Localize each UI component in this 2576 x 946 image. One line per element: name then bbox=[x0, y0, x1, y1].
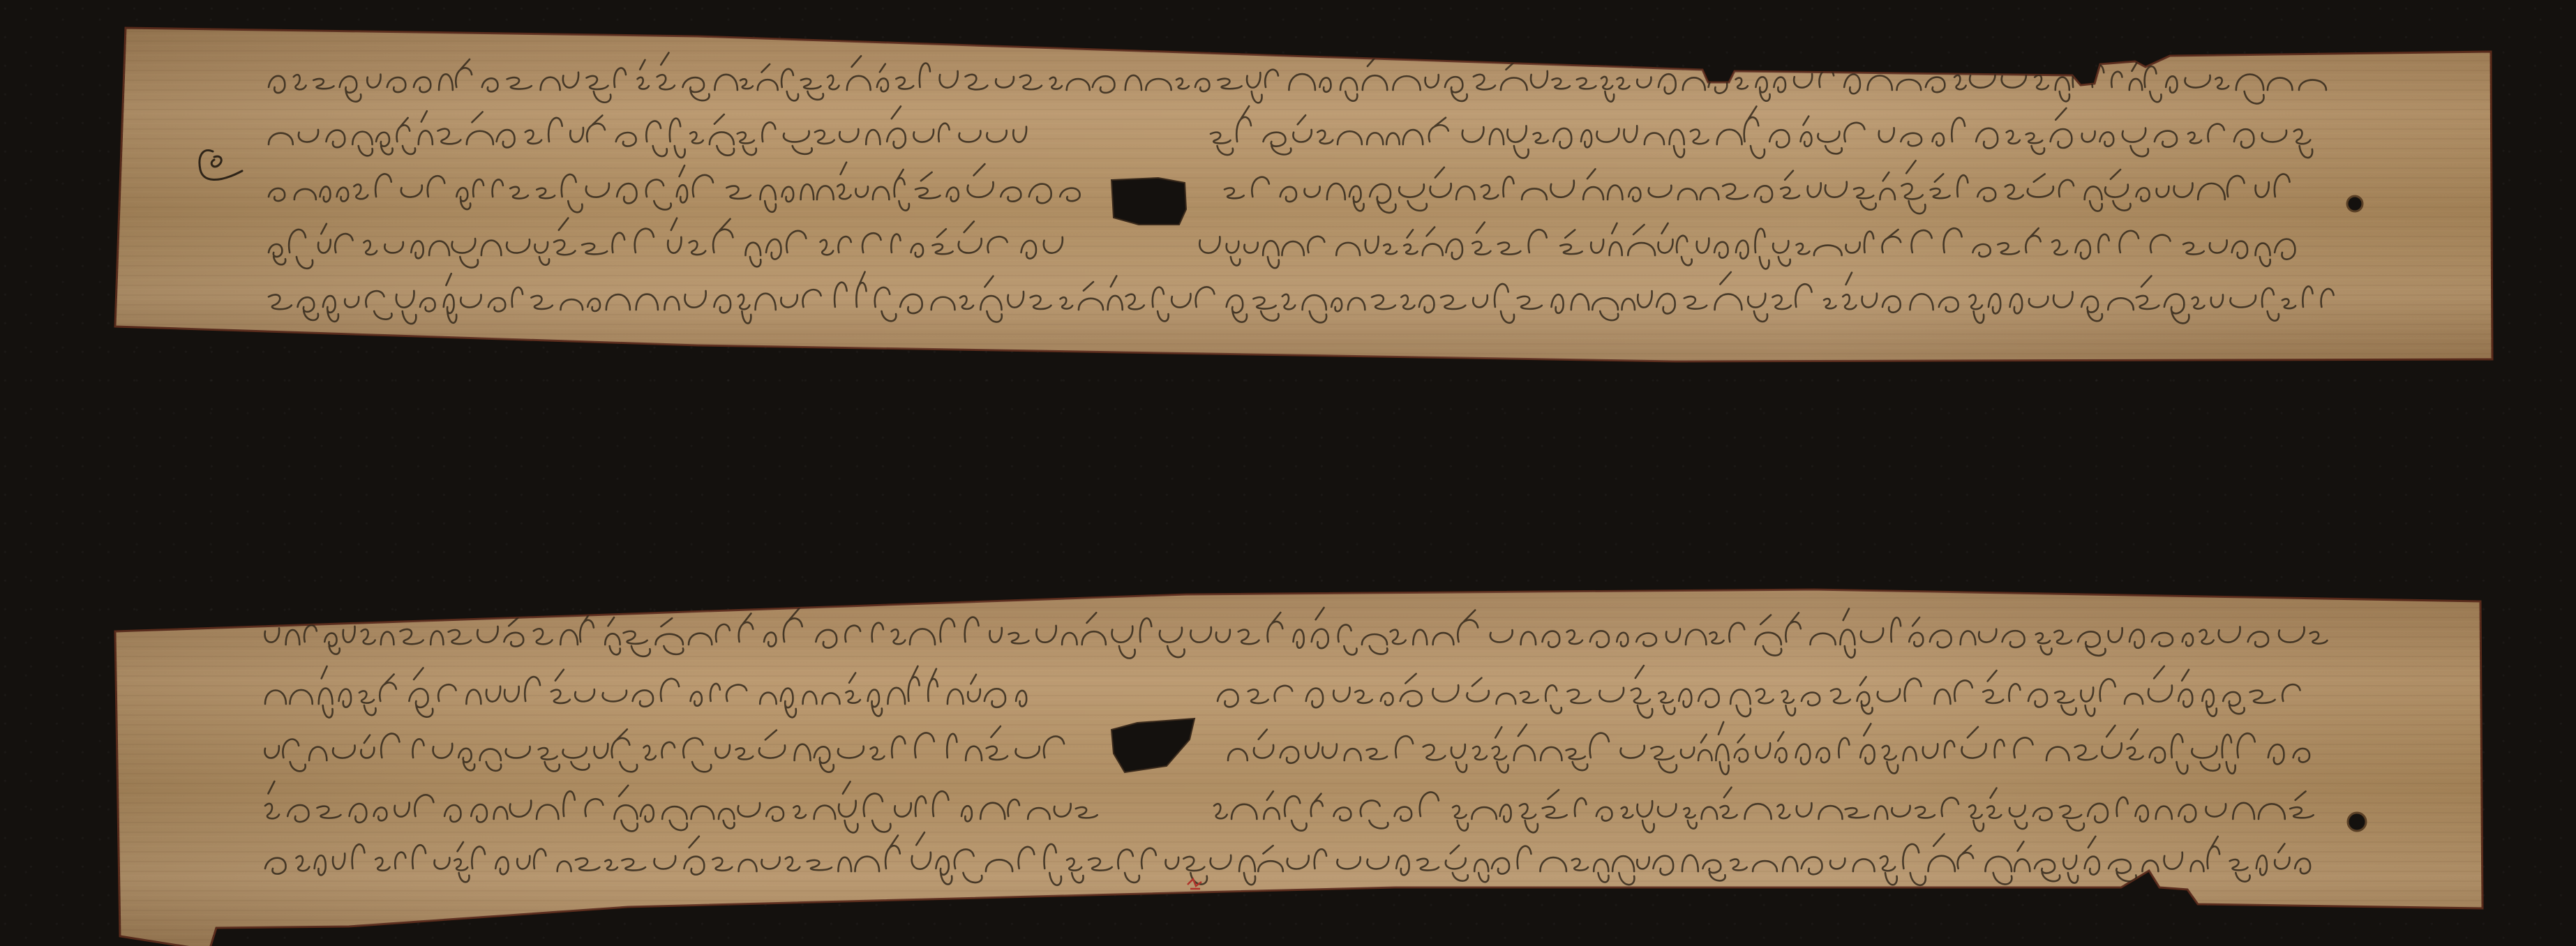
right-string-hole-icon bbox=[2348, 813, 2366, 831]
manuscript-photo: Two Balinese palm-leaf (lontar) manuscri… bbox=[0, 0, 2576, 946]
right-string-hole-icon bbox=[2347, 196, 2362, 211]
palm-leaf-folios bbox=[0, 0, 2576, 946]
center-string-hole-icon bbox=[1111, 178, 1186, 225]
